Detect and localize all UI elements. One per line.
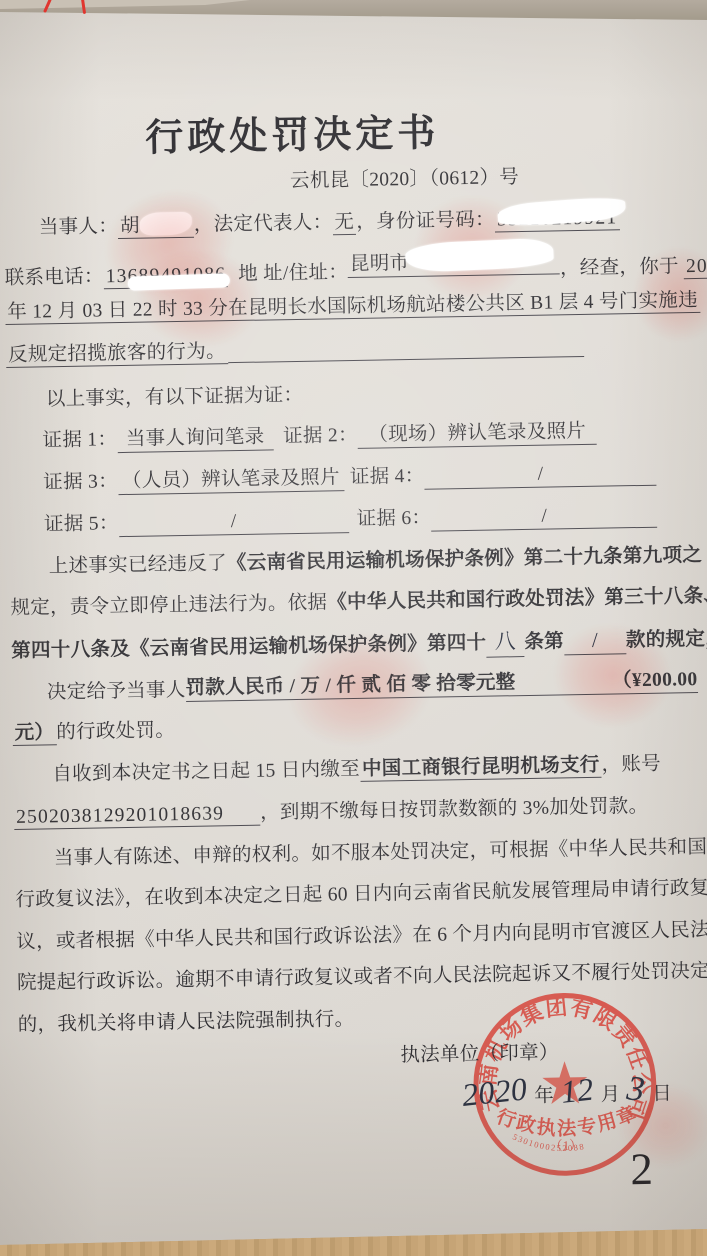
- id-number: 53210219921: [495, 207, 620, 232]
- text-segment: 年: [534, 1086, 554, 1107]
- contact-address-line: 联系电话：13689491086地 址/住址：昆明市，经查，你于 2020: [4, 241, 707, 290]
- decision-date: 2020年12月3日: [455, 1069, 673, 1113]
- rights-line-1: 当事人有陈述、申辩的权利。如不服本处罚决定，可根据《中华人民共和国: [54, 831, 707, 870]
- evidence-label: 证据 2：: [283, 425, 358, 447]
- page-title: 行政处罚决定书: [92, 101, 493, 163]
- evidence-value: /: [424, 462, 656, 490]
- handwritten-year: 2020: [460, 1070, 529, 1114]
- document-content: 行政处罚决定书 云机昆〔2020〕（0612）号 当事人：胡，法定代表人：无，身…: [0, 0, 707, 1256]
- facts-line-2: 反规定招揽旅客的行为。: [6, 329, 584, 367]
- facts-line-1: 年 12 月 03 日 22 时 33 分在昆明长水国际机场航站楼公共区 B1 …: [5, 284, 700, 324]
- year-value: 2020: [684, 255, 707, 279]
- payment-line-1: 自收到本决定书之日起 15 日内缴至中国工商银行昆明机场支行，账号: [52, 748, 661, 787]
- text-segment: 上述事实已经违反了: [49, 553, 228, 577]
- text-segment: ，: [356, 212, 376, 233]
- legal-rep-value: 无: [332, 212, 356, 235]
- text-segment: 规定，责令立即停止违法行为。依据: [10, 592, 327, 619]
- paper-sheet: 行政处罚决定书 云机昆〔2020〕（0612）号 当事人：胡，法定代表人：无，身…: [0, 0, 707, 1256]
- ruling-line-2: 规定，责令立即停止违法行为。依据《中华人民共和国行政处罚法》第三十八条、: [10, 580, 707, 620]
- blank-underline: [228, 335, 584, 363]
- fine-line-end: 元）的行政处罚。: [12, 714, 175, 745]
- redaction-patch: [140, 212, 192, 236]
- text-segment: ，账号: [601, 754, 661, 776]
- ruling-line-3: 第四十八条及《云南省民用运输机场保护条例》第四十八条第/款的规定，: [11, 622, 707, 666]
- text-segment: 月: [601, 1084, 621, 1105]
- law-citation: 《云南省民用运输机场保护条例》第二十九条第九项之: [227, 545, 702, 574]
- text-segment: 年 12 月 03 日 22 时 33 分在昆明长水国际机场航站楼公共区 B1 …: [5, 290, 700, 325]
- legal-rep-label: 法定代表人：: [213, 212, 332, 235]
- evidence-label: 证据 3：: [43, 471, 118, 493]
- redaction-patch: [405, 238, 554, 273]
- address-value: 昆明市: [348, 244, 560, 278]
- evidence-label: 证据 5：: [44, 513, 119, 535]
- fine-amount-words: 罚款人民币 / 万 / 仟 贰 佰 零 拾零元整: [185, 666, 515, 700]
- party-info-line: 当事人：胡，法定代表人：无，身份证号码：53210219921: [39, 201, 620, 239]
- handwritten-article: 八: [486, 625, 525, 658]
- evidence-line-1: 证据 1：当事人询问笔录证据 2：（现场）辨认笔录及照片: [42, 415, 597, 455]
- payment-line-2: 2502038129201018639，到期不缴每日按罚款数额的 3%加处罚款。: [14, 790, 649, 829]
- redaction-patch: [128, 273, 230, 291]
- text-segment: ，到期不缴每日按罚款数额的 3%加处罚款。: [260, 796, 648, 824]
- evidence-line-2: 证据 3：（人员）辨认笔录及照片证据 4：/: [43, 456, 657, 497]
- text-segment: 条第: [524, 631, 564, 653]
- text-segment: ，经查，你于: [560, 256, 684, 279]
- fine-line: 决定给予当事人罚款人民币 / 万 / 仟 贰 佰 零 拾零元整（¥200.00: [47, 663, 698, 704]
- evidence-value: （人员）辨认笔录及照片: [118, 461, 344, 495]
- handwritten-month: 12: [559, 1071, 595, 1111]
- handwritten-clause: /: [564, 627, 626, 655]
- evidence-label: 证据 4：: [350, 466, 425, 488]
- fine-amount-numeric: （¥200.00: [612, 663, 698, 692]
- rights-line-2: 行政复议法》，在收到本决定之日起 60 日内向云南省民航发展管理局申请行政复: [15, 872, 707, 912]
- rights-line-3: 议，或者根据《中华人民共和国行政诉讼法》在 6 个月内向昆明市官渡区人民法: [16, 914, 707, 954]
- evidence-value: /: [118, 509, 348, 537]
- doc-number: 云机昆〔2020〕（0612）号: [290, 161, 520, 193]
- party-label: 当事人：: [39, 216, 119, 238]
- evidence-label: 证据 6：: [356, 508, 431, 530]
- rights-line-5: 的，我机关将申请人民法院强制执行。: [17, 1003, 354, 1037]
- evidence-value: 当事人询问笔录: [117, 420, 273, 453]
- account-number: 2502038129201018639: [14, 803, 260, 830]
- text-segment: 决定给予当事人: [47, 680, 186, 703]
- phone-label: 联系电话：: [5, 266, 104, 289]
- handwritten-day: 3: [625, 1068, 647, 1110]
- party-name: 胡: [118, 215, 194, 239]
- text-segment: 日: [652, 1084, 672, 1105]
- fine-field: 罚款人民币 / 万 / 仟 贰 佰 零 拾零元整（¥200.00: [185, 663, 697, 702]
- id-label: 身份证号码：: [376, 209, 495, 232]
- phone-number: 13689491086: [104, 264, 229, 289]
- text-segment: 的行政处罚。: [56, 720, 175, 743]
- page-number: 2: [630, 1143, 654, 1195]
- evidence-value: /: [431, 504, 657, 532]
- bank-name: 中国工商银行昆明机场支行: [360, 755, 602, 782]
- evidence-value: （现场）辨认笔录及照片: [357, 415, 596, 449]
- evidence-label: 证据 1：: [42, 429, 117, 451]
- enforcement-unit-label: 执法单位（印章）: [400, 1036, 559, 1067]
- text-segment: 元）: [12, 722, 56, 746]
- evidence-line-3: 证据 5：/证据 6：/: [44, 498, 658, 539]
- document-photo: 行政处罚决定书 云机昆〔2020〕（0612）号 当事人：胡，法定代表人：无，身…: [0, 0, 707, 1256]
- law-citation: 《中华人民共和国行政处罚法》第三十八条、: [327, 586, 707, 614]
- text-segment: 反规定招揽旅客的行为。: [6, 341, 228, 368]
- text-segment: 款的规定，: [626, 629, 707, 652]
- law-citation: 第四十八条及《云南省民用运输机场保护条例》第四十: [11, 633, 486, 662]
- text-segment: 自收到本决定书之日起 15 日内缴至: [52, 759, 360, 785]
- ruling-line-1: 上述事实已经违反了《云南省民用运输机场保护条例》第二十九条第九项之: [48, 539, 702, 578]
- text-segment: ，: [194, 214, 214, 235]
- evidence-intro: 以上事实，有以下证据为证：: [46, 379, 304, 411]
- address-label: 地 址/住址：: [238, 262, 348, 285]
